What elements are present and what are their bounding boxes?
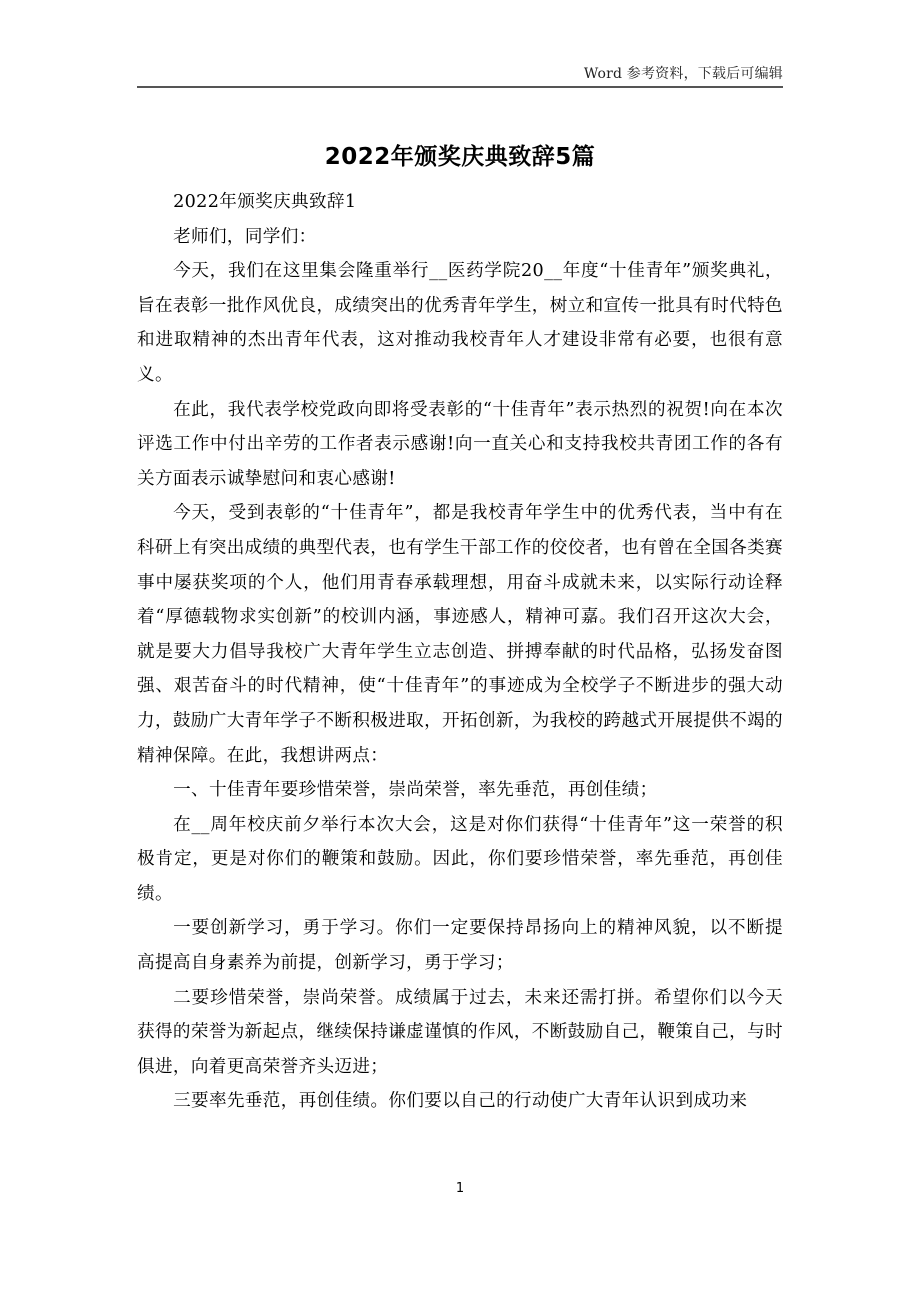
page-header-note: Word 参考资料，下载后可编辑 xyxy=(137,64,783,86)
point-heading: 一、十佳青年要珍惜荣誉，崇尚荣誉，率先垂范，再创佳绩； xyxy=(137,773,783,808)
body-paragraph: 今天，受到表彰的“十佳青年”，都是我校青年学生中的优秀代表，当中有在科研上有突出… xyxy=(137,496,783,773)
document-title: 2022年颁奖庆典致辞5篇 xyxy=(137,140,783,174)
document-body: 2022年颁奖庆典致辞1 老师们，同学们： 今天，我们在这里集会隆重举行__医药… xyxy=(137,185,783,1119)
body-paragraph: 在__周年校庆前夕举行本次大会，这是对你们获得“十佳青年”这一荣誉的积极肯定，更… xyxy=(137,808,783,912)
salutation: 老师们，同学们： xyxy=(137,220,783,255)
body-paragraph: 今天，我们在这里集会隆重举行__医药学院20__年度“十佳青年”颁奖典礼，旨在表… xyxy=(137,254,783,392)
body-paragraph: 三要率先垂范，再创佳绩。你们要以自己的行动使广大青年认识到成功来 xyxy=(137,1084,783,1119)
body-paragraph: 二要珍惜荣誉，崇尚荣誉。成绩属于过去，未来还需打拼。希望你们以今天获得的荣誉为新… xyxy=(137,981,783,1085)
body-paragraph: 一要创新学习，勇于学习。你们一定要保持昂扬向上的精神风貌，以不断提高提高自身素养… xyxy=(137,911,783,980)
page-number: 1 xyxy=(0,1180,920,1198)
header-divider xyxy=(137,86,783,88)
section-heading: 2022年颁奖庆典致辞1 xyxy=(137,185,783,220)
body-paragraph: 在此，我代表学校党政向即将受表彰的“十佳青年”表示热烈的祝贺!向在本次评选工作中… xyxy=(137,393,783,497)
